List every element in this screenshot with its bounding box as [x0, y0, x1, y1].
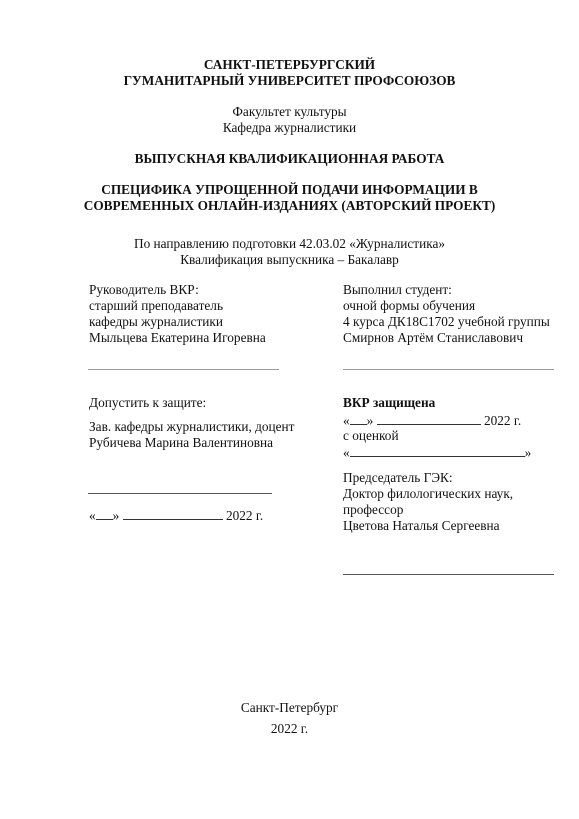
- defense-year: 2022 г.: [484, 413, 521, 428]
- supervisor-label: Руководитель ВКР:: [89, 282, 199, 298]
- admission-date: «» 2022 г.: [89, 507, 263, 524]
- faculty-name: Факультет культуры: [0, 104, 579, 120]
- admission-position: Зав. кафедры журналистики, доцент: [89, 419, 294, 435]
- university-name-line1: САНКТ-ПЕТЕРБУРГСКИЙ: [0, 57, 579, 73]
- defense-date-open-quote: «: [343, 413, 350, 428]
- supervisor-position: старший преподаватель: [89, 298, 223, 314]
- student-label: Выполнил студент:: [343, 282, 452, 298]
- student-name: Смирнов Артём Станиславович: [343, 330, 523, 346]
- defense-date-close-quote: »: [367, 413, 374, 428]
- student-form: очной формы обучения: [343, 298, 475, 314]
- defense-day-blank: [350, 412, 367, 425]
- admission-month-blank: [123, 507, 223, 520]
- defense-date: «» 2022 г.: [343, 412, 521, 429]
- department-name: Кафедра журналистики: [0, 120, 579, 136]
- grade-label: с оценкой: [343, 428, 399, 444]
- defense-month-blank: [377, 412, 481, 425]
- university-name-line2: ГУМАНИТАРНЫЙ УНИВЕРСИТЕТ ПРОФСОЮЗОВ: [0, 73, 579, 89]
- student-group: 4 курса ДК18С1702 учебной группы: [343, 314, 550, 330]
- defense-label: ВКР защищена: [343, 395, 435, 411]
- admission-day-blank: [96, 507, 113, 520]
- supervisor-department: кафедры журналистики: [89, 314, 223, 330]
- chair-name: Цветова Наталья Сергеевна: [343, 518, 500, 534]
- admission-date-open-quote: «: [89, 508, 96, 523]
- admission-label: Допустить к защите:: [89, 395, 206, 411]
- year: 2022 г.: [0, 721, 579, 737]
- supervisor-name: Мыльцева Екатерина Игоревна: [89, 330, 266, 346]
- grade-close-quote: »: [525, 445, 532, 460]
- chair-title: профессор: [343, 502, 403, 518]
- direction-text: По направлению подготовки 42.03.02 «Журн…: [0, 236, 579, 252]
- student-signature-line: [343, 369, 554, 370]
- city: Санкт-Петербург: [0, 700, 579, 716]
- admission-signature-line: [88, 493, 272, 494]
- grade-field: «»: [343, 444, 531, 461]
- admission-year: 2022 г.: [226, 508, 263, 523]
- work-type-title: ВЫПУСКНАЯ КВАЛИФИКАЦИОННАЯ РАБОТА: [0, 151, 579, 167]
- grade-blank: [350, 444, 525, 457]
- chair-degree: Доктор филологических наук,: [343, 486, 513, 502]
- topic-line-1: СПЕЦИФИКА УПРОЩЕННОЙ ПОДАЧИ ИНФОРМАЦИИ В: [0, 182, 579, 198]
- qualification-text: Квалификация выпускника – Бакалавр: [0, 252, 579, 268]
- grade-open-quote: «: [343, 445, 350, 460]
- topic-line-2: СОВРЕМЕННЫХ ОНЛАЙН-ИЗДАНИЯХ (АВТОРСКИЙ П…: [0, 198, 579, 214]
- chair-label: Председатель ГЭК:: [343, 470, 453, 486]
- admission-name: Рубичева Марина Валентиновна: [89, 435, 273, 451]
- supervisor-signature-line: [88, 369, 279, 370]
- chair-signature-line: [343, 574, 554, 575]
- admission-date-close-quote: »: [113, 508, 120, 523]
